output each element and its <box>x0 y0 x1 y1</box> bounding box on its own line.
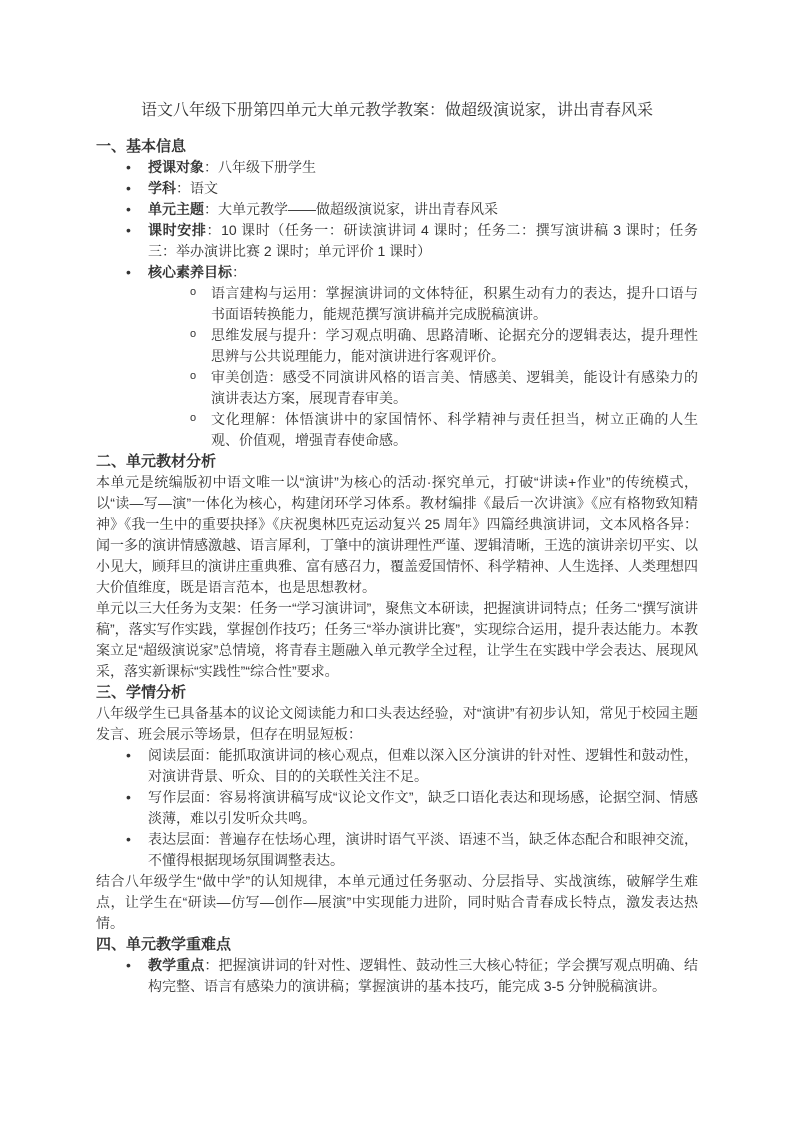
item-label: 课时安排 <box>148 222 206 238</box>
list-item: 课时安排：10 课时（任务一：研读演讲词 4 课时；任务二：撰写演讲稿 3 课时… <box>148 220 698 262</box>
item-label: 核心素养目标 <box>148 264 232 280</box>
section-heading-material-analysis: 二、单元教材分析 <box>96 451 698 472</box>
item-text: ：10 课时（任务一：研读演讲词 4 课时；任务二：撰写演讲稿 3 课时；任务三… <box>148 222 698 259</box>
list-item: 审美创造：感受不同演讲风格的语言美、情感美、逻辑美，能设计有感染力的演讲表达方案… <box>211 367 698 409</box>
basic-info-list: 授课对象：八年级下册学生 学科：语文 单元主题：大单元教学——做超级演说家，讲出… <box>96 157 698 451</box>
learner-gaps-list: 阅读层面：能抓取演讲词的核心观点，但难以深入区分演讲的针对性、逻辑性和鼓动性，对… <box>96 745 698 871</box>
core-goals-list: 语言建构与运用：掌握演讲词的文体特征，积累生动有力的表达，提升口语与书面语转换能… <box>148 283 698 451</box>
item-label: 教学重点 <box>148 957 204 973</box>
item-text: ：八年级下册学生 <box>204 159 316 175</box>
item-text: ：把握演讲词的针对性、逻辑性、鼓动性三大核心特征；学会撰写观点明确、结构完整、语… <box>148 957 698 994</box>
list-item: 教学重点：把握演讲词的针对性、逻辑性、鼓动性三大核心特征；学会撰写观点明确、结构… <box>148 955 698 997</box>
item-text: ：语文 <box>176 180 218 196</box>
list-item: 写作层面：容易将演讲稿写成“议论文作文”，缺乏口语化表达和现场感，论据空洞、情感… <box>148 787 698 829</box>
list-item: 表达层面：普遍存在怯场心理，演讲时语气平淡、语速不当，缺乏体态配合和眼神交流，不… <box>148 829 698 871</box>
list-item: 单元主题：大单元教学——做超级演说家，讲出青春风采 <box>148 199 698 220</box>
item-text: 语言建构与运用：掌握演讲词的文体特征，积累生动有力的表达，提升口语与书面语转换能… <box>211 285 698 322</box>
body-paragraph: 结合八年级学生“做中学”的认知规律，本单元通过任务驱动、分层指导、实战演练，破解… <box>96 871 698 934</box>
body-paragraph: 本单元是统编版初中语文唯一以“演讲”为核心的活动·探究单元，打破“讲读+作业”的… <box>96 472 698 598</box>
item-text: ：大单元教学——做超级演说家，讲出青春风采 <box>204 201 498 217</box>
item-text: 表达层面：普遍存在怯场心理，演讲时语气平淡、语速不当，缺乏体态配合和眼神交流，不… <box>148 831 698 868</box>
item-label: 单元主题 <box>148 201 204 217</box>
list-item: 学科：语文 <box>148 178 698 199</box>
list-item: 语言建构与运用：掌握演讲词的文体特征，积累生动有力的表达，提升口语与书面语转换能… <box>211 283 698 325</box>
list-item: 授课对象：八年级下册学生 <box>148 157 698 178</box>
item-text: 思维发展与提升：学习观点明确、思路清晰、论据充分的逻辑表达，提升理性思辨与公共说… <box>211 327 698 364</box>
section-heading-key-points: 四、单元教学重难点 <box>96 934 698 955</box>
document-page: 语文八年级下册第四单元大单元教学教案：做超级演说家，讲出青春风采 一、基本信息 … <box>0 0 794 1123</box>
item-label: 学科 <box>148 180 176 196</box>
item-text: 阅读层面：能抓取演讲词的核心观点，但难以深入区分演讲的针对性、逻辑性和鼓动性，对… <box>148 747 698 784</box>
item-text: ： <box>232 264 246 280</box>
item-text: 审美创造：感受不同演讲风格的语言美、情感美、逻辑美，能设计有感染力的演讲表达方案… <box>211 369 698 406</box>
list-item: 阅读层面：能抓取演讲词的核心观点，但难以深入区分演讲的针对性、逻辑性和鼓动性，对… <box>148 745 698 787</box>
document-title: 语文八年级下册第四单元大单元教学教案：做超级演说家，讲出青春风采 <box>96 100 698 121</box>
list-item: 文化理解：体悟演讲中的家国情怀、科学精神与责任担当，树立正确的人生观、价值观，增… <box>211 409 698 451</box>
key-points-list: 教学重点：把握演讲词的针对性、逻辑性、鼓动性三大核心特征；学会撰写观点明确、结构… <box>96 955 698 997</box>
item-text: 文化理解：体悟演讲中的家国情怀、科学精神与责任担当，树立正确的人生观、价值观，增… <box>211 411 698 448</box>
list-item: 核心素养目标： 语言建构与运用：掌握演讲词的文体特征，积累生动有力的表达，提升口… <box>148 262 698 451</box>
section-heading-learner-analysis: 三、学情分析 <box>96 682 698 703</box>
body-paragraph: 单元以三大任务为支架：任务一“学习演讲词”，聚焦文本研读，把握演讲词特点；任务二… <box>96 598 698 682</box>
body-paragraph: 八年级学生已具备基本的议论文阅读能力和口头表达经验，对“演讲”有初步认知，常见于… <box>96 703 698 745</box>
item-text: 写作层面：容易将演讲稿写成“议论文作文”，缺乏口语化表达和现场感，论据空洞、情感… <box>148 789 698 826</box>
item-label: 授课对象 <box>148 159 204 175</box>
section-heading-basic-info: 一、基本信息 <box>96 136 698 157</box>
list-item: 思维发展与提升：学习观点明确、思路清晰、论据充分的逻辑表达，提升理性思辨与公共说… <box>211 325 698 367</box>
